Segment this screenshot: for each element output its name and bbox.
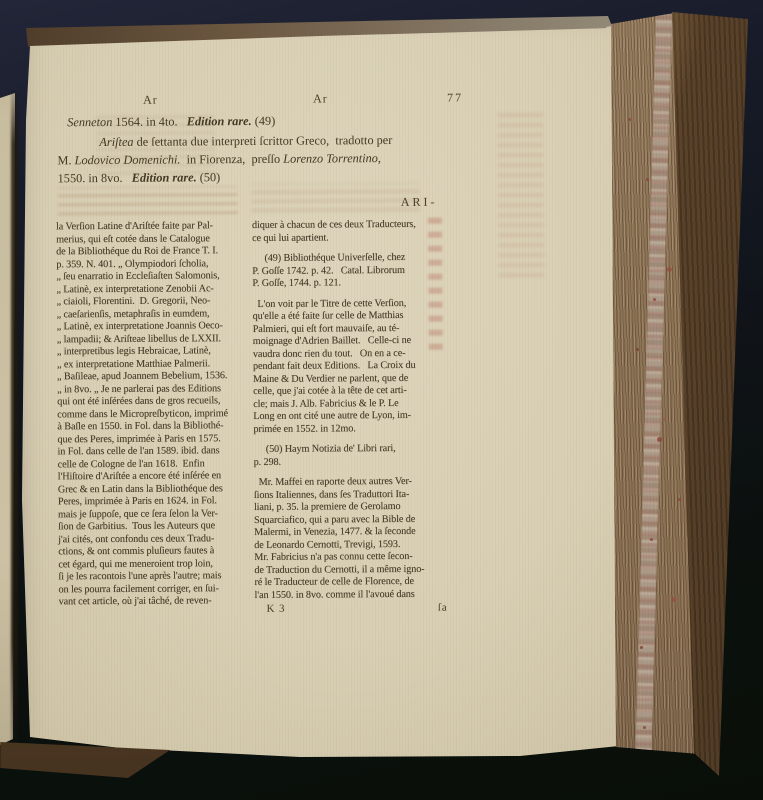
text-segment: de ſettanta due interpreti ſcrittor Grec… xyxy=(133,133,392,149)
text-line: qui ont été inſérées dans de gros recuei… xyxy=(57,395,240,409)
entry-50-block: Ariſtea de ſettanta due interpreti ſcrit… xyxy=(57,131,392,187)
signature-row: K 3ſa xyxy=(255,601,451,615)
catchword-top: ARI- xyxy=(401,195,438,210)
text-line: M. Lodovico Domenichi. in Fiorenza, preſ… xyxy=(57,149,392,169)
text-line: ſion de Garbitius. Tous les Auteurs que xyxy=(58,520,241,534)
page-number: 77 xyxy=(447,90,463,105)
book-scan: Ar Ar 77 Senneton 1564. in 4to. Edition … xyxy=(0,0,763,800)
text-line: ctions, & ont commis pluſieurs fautes à xyxy=(58,545,241,559)
catchword-bottom: ſa xyxy=(438,602,448,614)
text-line: Peres, imprimée à Paris en 1624. in Fol. xyxy=(58,495,241,509)
text-line: in Fol. dans celle de l'an 1589. ibid. d… xyxy=(57,445,240,459)
running-head-right: Ar xyxy=(313,91,328,106)
text-line: de la Bibliothéque du Roi de France T. I… xyxy=(56,245,239,259)
text-segment: , xyxy=(378,151,381,165)
text-line: „ Baſileae, apud Joannem Bebelium, 1536. xyxy=(57,370,240,384)
running-head-left: Ar xyxy=(143,93,158,108)
text-line: „ ſeu enarratio in Eccleſiaſten Salomoni… xyxy=(56,270,239,284)
text-segment: Senneton xyxy=(67,115,112,129)
text-line: „ Latinè, ex interpretatione Zenobii Ac- xyxy=(56,283,239,297)
text-segment: (49) xyxy=(252,114,276,128)
text-segment: in Fiorenza, preſſo xyxy=(180,152,283,167)
text-segment: Lodovico Domenichi. xyxy=(75,152,181,167)
gathering-signature: K 3 xyxy=(267,603,286,615)
text-line: ſi je les racontois l'une après l'autre;… xyxy=(58,570,241,584)
text-line: de Traduction du Cernotti, il a même ign… xyxy=(254,563,450,577)
text-segment: Edition rare. xyxy=(187,114,252,128)
text-segment: M. xyxy=(57,153,74,167)
gutter-shadow xyxy=(11,92,18,742)
text-segment: 1550. in 8vo. xyxy=(58,171,132,186)
text-line: vant cet article, où j'ai tâché, de reve… xyxy=(59,595,242,609)
text-line: à Baſle en 1550. in Fol. dans la Bibliot… xyxy=(57,420,240,434)
text-line: on les pourra facilement corriger, en ſu… xyxy=(58,583,241,597)
text-line: l'Hiſtoire d'Ariſtée a encore été inſéré… xyxy=(58,470,241,484)
text-line: Ariſtea de ſettanta due interpreti ſcrit… xyxy=(57,131,392,151)
text-line: „ lampadii; & Ariſteae libellus de LXXII… xyxy=(57,333,240,347)
text-line: 1550. in 8vo. Edition rare. (50) xyxy=(58,167,393,187)
right-column: diquer à chacun de ces deux Traducteurs,… xyxy=(252,219,451,615)
text-line: la Verſion Latine d'Ariſtée faite par Pa… xyxy=(56,220,239,234)
entry-49-line: Senneton 1564. in 4to. Edition rare. (49… xyxy=(67,112,275,131)
two-column-text: la Verſion Latine d'Ariſtée faite par Pa… xyxy=(56,219,451,617)
fore-edge-speckles xyxy=(628,118,631,121)
text-segment: (50) xyxy=(197,170,221,184)
text-segment: Ariſtea xyxy=(99,135,133,149)
text-segment: 1564. in 4to. xyxy=(112,114,187,129)
text-segment: Lorenzo Torrentino xyxy=(283,151,378,166)
flyleaf-edge xyxy=(635,14,672,756)
text-segment: Edition rare. xyxy=(132,170,197,184)
text-line: „ Latinè, ex interpretatione Joannis Oec… xyxy=(57,320,240,334)
left-column: la Verſion Latine d'Ariſtée faite par Pa… xyxy=(56,220,242,616)
